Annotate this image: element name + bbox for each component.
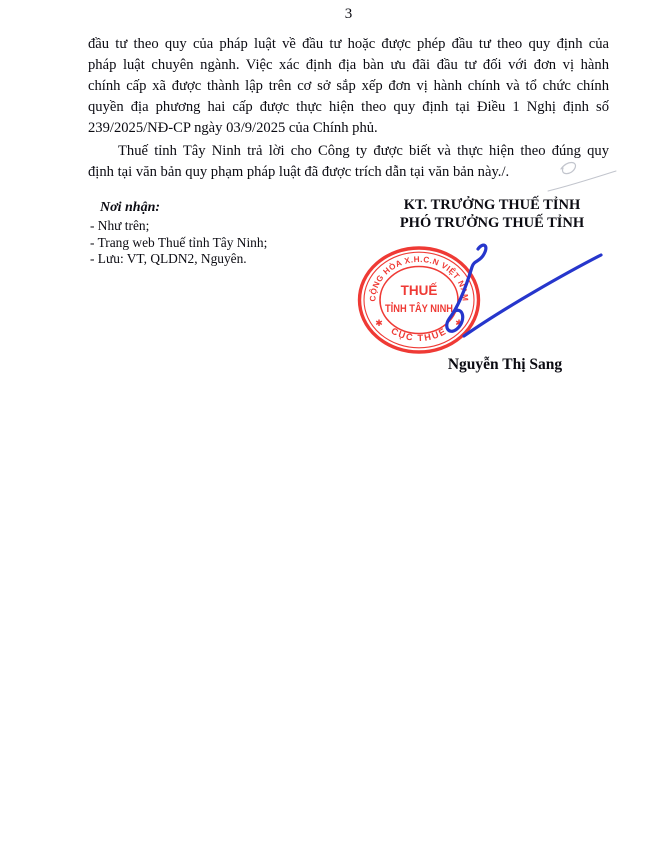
body-line: định tại văn bản quy phạm pháp luật đã đ… xyxy=(88,162,609,183)
recipient-item: - Trang web Thuế tỉnh Tây Ninh; xyxy=(90,235,267,251)
body-line: đầu tư theo quy của pháp luật về đầu tư … xyxy=(88,34,609,55)
body-line: 239/2025/NĐ-CP ngày 03/9/2025 của Chính … xyxy=(88,118,609,139)
body-text: đầu tư theo quy của pháp luật về đầu tư … xyxy=(88,34,609,183)
handwritten-signature xyxy=(428,238,613,350)
body-line: Thuế tỉnh Tây Ninh trả lời cho Công ty đ… xyxy=(88,141,609,162)
recipients-heading: Nơi nhận: xyxy=(90,200,267,216)
draft-initial-mark xyxy=(543,155,621,199)
page-number: 3 xyxy=(88,6,609,23)
signer-title-line1: KT. TRƯỞNG THUẾ TỈNH xyxy=(372,197,612,215)
body-line: chính cấp xã được thành lập trên cơ sở s… xyxy=(88,76,609,97)
signer-title-line2: PHÓ TRƯỞNG THUẾ TỈNH xyxy=(372,215,612,233)
body-line: pháp luật chuyên ngành. Việc xác định đị… xyxy=(88,55,609,76)
signer-name: Nguyễn Thị Sang xyxy=(405,356,605,374)
paragraph: đầu tư theo quy của pháp luật về đầu tư … xyxy=(88,34,609,139)
stamp-star-left-icon: ✱ xyxy=(375,318,383,328)
recipient-item: - Như trên; xyxy=(90,218,267,234)
recipients-block: Nơi nhận: - Như trên; - Trang web Thuế t… xyxy=(90,200,267,268)
document-page: 3 đầu tư theo quy của pháp luật về đầu t… xyxy=(0,0,666,862)
signer-title-block: KT. TRƯỞNG THUẾ TỈNH PHÓ TRƯỞNG THUẾ TỈN… xyxy=(372,197,612,232)
recipient-item: - Lưu: VT, QLDN2, Nguyên. xyxy=(90,251,267,267)
body-line: quyền địa phương hai cấp được thực hiện … xyxy=(88,97,609,118)
paragraph: Thuế tỉnh Tây Ninh trả lời cho Công ty đ… xyxy=(88,141,609,183)
